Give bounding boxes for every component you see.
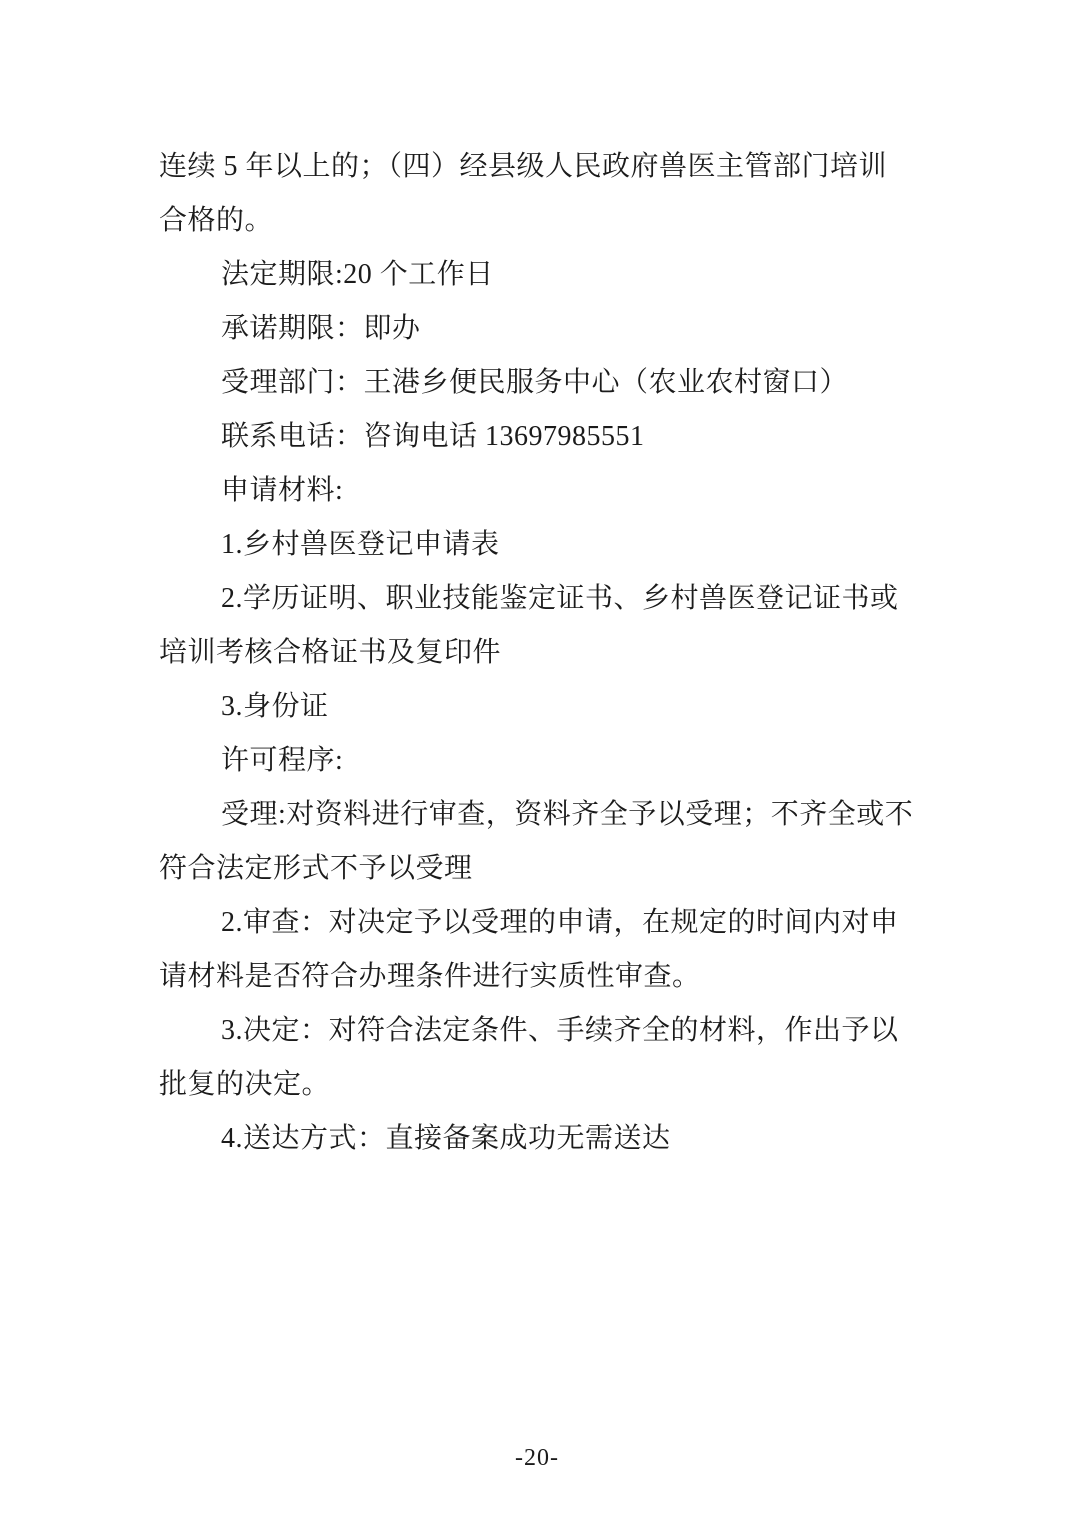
- page-number: -20-: [515, 1445, 559, 1471]
- text-line: 3.身份证: [159, 680, 924, 734]
- document-page: 连续 5 年以上的；（四）经县级人民政府兽医主管部门培训 合格的。 法定期限:2…: [0, 0, 1074, 1520]
- text-line: 4.送达方式：直接备案成功无需送达: [159, 1112, 924, 1166]
- text-line: 请材料是否符合办理条件进行实质性审查。: [159, 950, 924, 1004]
- text-line: 受理部门：王港乡便民服务中心（农业农村窗口）: [159, 356, 924, 410]
- text-line: 联系电话：咨询电话 13697985551: [159, 410, 924, 464]
- text-line: 法定期限:20 个工作日: [159, 248, 924, 302]
- text-line: 2.学历证明、职业技能鉴定证书、乡村兽医登记证书或: [159, 572, 924, 626]
- text-line: 2.审查：对决定予以受理的申请，在规定的时间内对申: [159, 896, 924, 950]
- text-line: 合格的。: [159, 194, 924, 248]
- text-line: 许可程序:: [159, 734, 924, 788]
- text-line: 1.乡村兽医登记申请表: [159, 518, 924, 572]
- page-footer: -20-: [0, 1445, 1074, 1472]
- text-line: 符合法定形式不予以受理: [159, 842, 924, 896]
- text-line: 承诺期限：即办: [159, 302, 924, 356]
- text-line: 批复的决定。: [159, 1058, 924, 1112]
- text-line: 培训考核合格证书及复印件: [159, 626, 924, 680]
- text-line: 申请材料:: [159, 464, 924, 518]
- text-line: 3.决定：对符合法定条件、手续齐全的材料，作出予以: [159, 1004, 924, 1058]
- document-body: 连续 5 年以上的；（四）经县级人民政府兽医主管部门培训 合格的。 法定期限:2…: [159, 140, 924, 1166]
- text-line: 连续 5 年以上的；（四）经县级人民政府兽医主管部门培训: [159, 140, 924, 194]
- text-line: 受理:对资料进行审查，资料齐全予以受理；不齐全或不: [159, 788, 924, 842]
